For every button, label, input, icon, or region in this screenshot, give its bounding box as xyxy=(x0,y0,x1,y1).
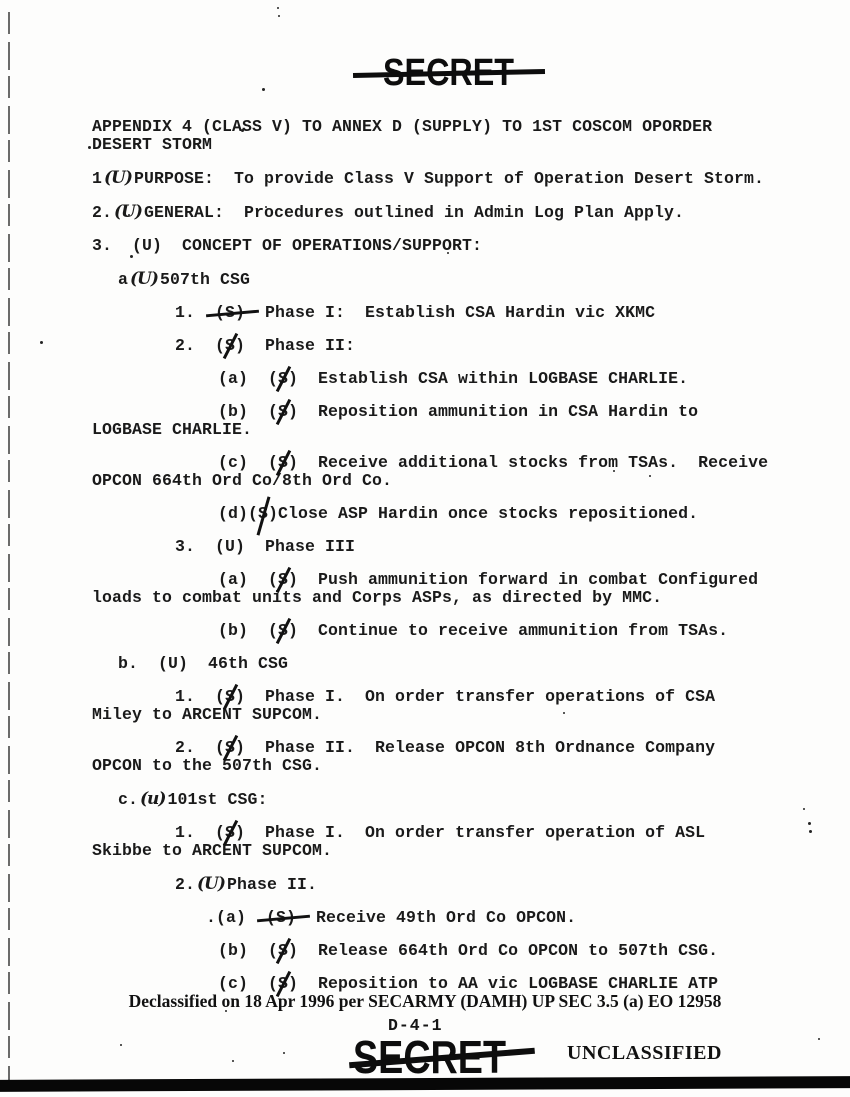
text-line: b. (U) 46th CSG xyxy=(92,655,820,673)
typed-text: Phase I. On order transfer operations of… xyxy=(245,687,715,706)
typed-text: (b) xyxy=(218,941,268,960)
typed-text: Push ammunition forward in combat Config… xyxy=(298,570,758,589)
struck-classification-mark: (S) xyxy=(215,739,245,757)
typed-text: 507th CSG xyxy=(160,270,250,289)
text-line: Miley to ARCENT SUPCOM. xyxy=(92,706,820,724)
text-line: 2.(U)GENERAL: Procedures outlined in Adm… xyxy=(92,203,820,222)
typed-text: Reposition ammunition in CSA Hardin to xyxy=(298,402,698,421)
text-line: 3. (U) CONCEPT OF OPERATIONS/SUPPORT: xyxy=(92,237,820,255)
text-line: Skibbe to ARCENT SUPCOM. xyxy=(92,842,820,860)
text-line: 2. (S) Phase II: xyxy=(92,337,820,355)
struck-classification-mark: (S) xyxy=(215,337,245,355)
struck-classification-mark: (S) xyxy=(215,304,245,322)
scan-speck xyxy=(808,822,811,825)
scan-speck xyxy=(447,252,449,254)
typed-text: 2. xyxy=(92,203,112,222)
typed-text: 3. (U) Phase III xyxy=(175,537,355,556)
scan-speck xyxy=(88,146,91,149)
typed-text: (c) xyxy=(218,453,268,472)
typed-text: Continue to receive ammunition from TSAs… xyxy=(298,621,728,640)
text-line: 1. (S) Phase I: Establish CSA Hardin vic… xyxy=(92,304,820,322)
scan-speck xyxy=(818,1038,820,1040)
struck-classification-mark: (S) xyxy=(248,505,278,523)
typed-text: Close ASP Hardin once stocks repositione… xyxy=(278,504,698,523)
typed-text: 1. xyxy=(175,303,215,322)
typed-text: Skibbe to ARCENT SUPCOM. xyxy=(92,841,332,860)
classification-stamp-bottom-text: SECRET xyxy=(353,1036,506,1078)
classification-stamp-bottom: SECRET xyxy=(353,1036,513,1078)
typed-text: 1. xyxy=(175,687,215,706)
text-line: APPENDIX 4 (CLASS V) TO ANNEX D (SUPPLY)… xyxy=(92,118,820,136)
struck-classification-mark: (S) xyxy=(268,403,298,421)
typed-text: (b) xyxy=(218,621,268,640)
typed-text: Phase II. Release OPCON 8th Ordnance Com… xyxy=(245,738,715,757)
struck-classification-mark: (S) xyxy=(215,688,245,706)
text-line: LOGBASE CHARLIE. xyxy=(92,421,820,439)
scan-speck xyxy=(613,470,615,472)
text-line: c.(u)101st CSG: xyxy=(92,790,820,809)
handwritten-classification-mark: (U) xyxy=(102,168,134,188)
declassified-note: Declassified on 18 Apr 1996 per SECARMY … xyxy=(0,991,850,1012)
typed-text: OPCON 664th Ord Co/8th Ord Co. xyxy=(92,471,392,490)
struck-classification-mark: (S) xyxy=(266,909,296,927)
typed-text: GENERAL: Procedures outlined in Admin Lo… xyxy=(144,203,684,222)
text-line: (b) (S) Reposition ammunition in CSA Har… xyxy=(92,403,820,421)
text-line: (d)(S)Close ASP Hardin once stocks repos… xyxy=(92,505,820,523)
typed-text: 1. xyxy=(175,823,215,842)
scan-bottom-bar xyxy=(0,1076,850,1092)
scan-speck xyxy=(128,214,130,216)
scan-speck xyxy=(278,15,280,17)
scan-speck xyxy=(262,88,265,91)
text-line: (b) (S) Release 664th Ord Co OPCON to 50… xyxy=(92,942,820,960)
struck-classification-mark: (S) xyxy=(268,370,298,388)
scan-speck xyxy=(803,808,805,810)
scan-speck xyxy=(283,1052,285,1054)
scan-speck xyxy=(232,1060,234,1062)
typed-text: c. xyxy=(118,790,138,809)
scanned-document-page: SECRET APPENDIX 4 (CLASS V) TO ANNEX D (… xyxy=(0,0,850,1097)
text-line: 1. (S) Phase I. On order transfer operat… xyxy=(92,824,820,842)
typed-text: LOGBASE CHARLIE. xyxy=(92,420,252,439)
classification-stamp-top-text: SECRET xyxy=(383,56,514,90)
text-line: (a) (S) Establish CSA within LOGBASE CHA… xyxy=(92,370,820,388)
typed-text: Release 664th Ord Co OPCON to 507th CSG. xyxy=(298,941,718,960)
typed-text: OPCON to the 507th CSG. xyxy=(92,756,322,775)
typed-text: (a) xyxy=(218,570,268,589)
scan-speck xyxy=(225,1010,227,1012)
scan-speck xyxy=(563,712,565,714)
typed-text: Receive 49th Ord Co OPCON. xyxy=(296,908,576,927)
typed-text: 2. xyxy=(175,738,215,757)
unclassified-stamp: UNCLASSIFIED xyxy=(567,1042,722,1065)
text-line: 2. (S) Phase II. Release OPCON 8th Ordna… xyxy=(92,739,820,757)
scan-speck xyxy=(130,255,133,258)
text-line: OPCON 664th Ord Co/8th Ord Co. xyxy=(92,472,820,490)
struck-classification-mark: (S) xyxy=(215,824,245,842)
typed-text: Establish CSA within LOGBASE CHARLIE. xyxy=(298,369,688,388)
scan-edge-line xyxy=(8,12,10,1091)
typed-text: Phase I: Establish CSA Hardin vic XKMC xyxy=(245,303,655,322)
typed-text: (b) xyxy=(218,402,268,421)
typed-text: PURPOSE: To provide Class V Support of O… xyxy=(134,169,764,188)
typed-text: 101st CSG: xyxy=(167,790,267,809)
text-line: loads to combat units and Corps ASPs, as… xyxy=(92,589,820,607)
typed-text: .(a) xyxy=(206,908,266,927)
text-line: 1. (S) Phase I. On order transfer operat… xyxy=(92,688,820,706)
struck-classification-mark: (S) xyxy=(268,454,298,472)
typed-text: loads to combat units and Corps ASPs, as… xyxy=(92,588,662,607)
scan-speck xyxy=(265,206,267,208)
text-line: 2.(U)Phase II. xyxy=(92,875,820,894)
typed-text: a xyxy=(118,270,128,289)
handwritten-classification-mark: (U) xyxy=(195,874,227,894)
struck-classification-mark: (S) xyxy=(268,942,298,960)
text-line: 3. (U) Phase III xyxy=(92,538,820,556)
scan-speck xyxy=(241,129,244,132)
text-line: (a) (S) Push ammunition forward in comba… xyxy=(92,571,820,589)
typed-text: (d) xyxy=(218,504,248,523)
typed-text: Receive additional stocks from TSAs. Rec… xyxy=(298,453,768,472)
typed-text: DESERT STORM xyxy=(92,135,212,154)
typed-text: b. (U) 46th CSG xyxy=(118,654,288,673)
text-line: .(a) (S) Receive 49th Ord Co OPCON. xyxy=(92,909,820,927)
scan-speck xyxy=(649,475,651,477)
struck-classification-mark: (S) xyxy=(268,571,298,589)
typed-text: 2. xyxy=(175,875,195,894)
scan-speck xyxy=(40,341,43,344)
text-line: OPCON to the 507th CSG. xyxy=(92,757,820,775)
typed-text: Phase II: xyxy=(245,336,355,355)
typed-text: Phase II. xyxy=(227,875,317,894)
typed-text: (a) xyxy=(218,369,268,388)
scan-speck xyxy=(120,1044,122,1046)
text-line: (b) (S) Continue to receive ammunition f… xyxy=(92,622,820,640)
handwritten-classification-mark: (U) xyxy=(112,202,144,222)
typed-text: APPENDIX 4 (CLASS V) TO ANNEX D (SUPPLY)… xyxy=(92,117,712,136)
typed-text: Phase I. On order transfer operation of … xyxy=(245,823,705,842)
typed-text: Miley to ARCENT SUPCOM. xyxy=(92,705,322,724)
typed-text: 1 xyxy=(92,169,102,188)
text-line: a(U)507th CSG xyxy=(92,270,820,289)
text-line: DESERT STORM xyxy=(92,136,820,154)
document-body: APPENDIX 4 (CLASS V) TO ANNEX D (SUPPLY)… xyxy=(92,118,820,993)
scan-speck xyxy=(809,830,812,833)
classification-stamp-top: SECRET xyxy=(383,56,521,90)
handwritten-classification-mark: (u) xyxy=(138,789,167,809)
text-line: (c) (S) Receive additional stocks from T… xyxy=(92,454,820,472)
text-line: 1(U)PURPOSE: To provide Class V Support … xyxy=(92,169,820,188)
typed-text: 3. (U) CONCEPT OF OPERATIONS/SUPPORT: xyxy=(92,236,482,255)
handwritten-classification-mark: (U) xyxy=(128,269,160,289)
scan-speck xyxy=(277,7,279,9)
typed-text: 2. xyxy=(175,336,215,355)
struck-classification-mark: (S) xyxy=(268,622,298,640)
